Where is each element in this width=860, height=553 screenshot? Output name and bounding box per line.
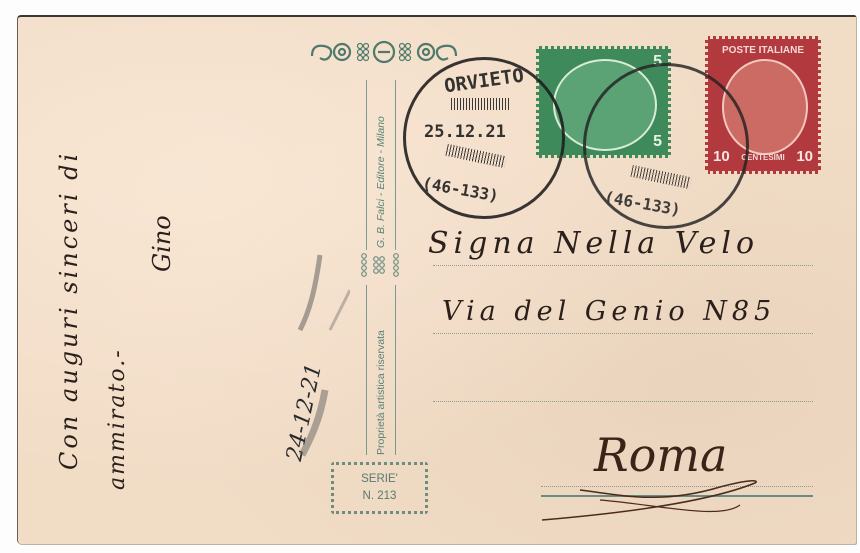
scroll-ornament-icon [308,38,460,66]
dot-cluster-ornament-icon [360,250,402,278]
address-line-2 [433,333,813,334]
postmark-orvieto-2: (46-133) [583,63,749,229]
message-line-2: ammirato.- [105,348,130,490]
divider-line-right-lower [395,285,396,455]
postmark-code: (46-133) [421,173,500,205]
ink-smudge [290,250,350,470]
rights-text: Proprietà artistica riservata [375,330,387,455]
series-number: N. 213 [334,488,425,505]
publisher-text: G. B. Falci - Editore - Milano [375,116,387,248]
divider-line-left [366,80,367,250]
recipient-city: Roma [594,428,727,482]
city-flourish [540,475,770,525]
stamp-country-text: POSTE ITALIANE [708,45,818,56]
address-line-3 [433,401,813,402]
postmark-hatch [630,165,691,189]
message-line-1: Con auguri sinceri di [55,151,83,470]
recipient-street: Via del Genio N85 [442,296,776,327]
postmark-hatch [451,98,511,110]
address-line-1 [433,265,813,266]
postmark-town: ORVIETO [443,65,525,98]
divider-line-right [395,80,396,250]
divider-line-left-lower [366,285,367,455]
postmark-date: 25.12.21 [424,122,506,142]
postmark-hatch [445,144,506,168]
series-label: SERIE' [334,471,425,488]
recipient-name: Signa Nella Velo [428,226,759,261]
postmark-orvieto-1: ORVIETO 25.12.21 (46-133) [403,57,565,219]
signature: Gino [148,215,176,272]
